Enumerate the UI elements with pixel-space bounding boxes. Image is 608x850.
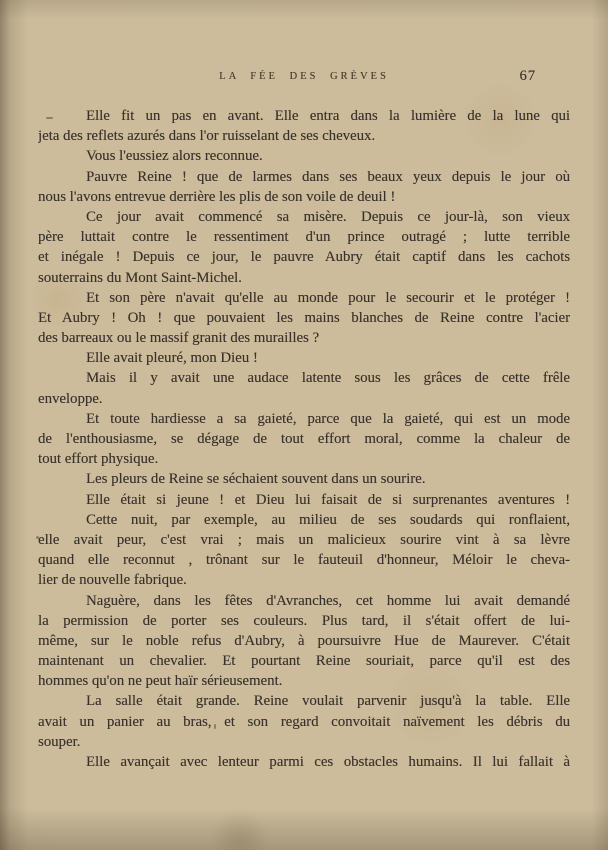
text-line: jeta des reflets azurés dans l'or ruisse… xyxy=(38,126,570,146)
text-line: hommes qu'on ne peut haïr sérieusement. xyxy=(38,671,570,691)
text-line: souper. xyxy=(38,732,570,752)
text-line: de l'enthousiasme, se dégage de tout eff… xyxy=(38,429,570,449)
text-line: des barreaux ou le massif granit des mur… xyxy=(38,328,570,348)
paragraph: Cette nuit, par exemple, au milieu de se… xyxy=(38,510,570,591)
paragraph: Les pleurs de Reine se séchaient souvent… xyxy=(38,469,570,489)
text-line: Et son père n'avait qu'elle au monde pou… xyxy=(38,288,570,308)
paragraph: Elle avait pleuré, mon Dieu ! xyxy=(38,348,570,368)
page-number: 67 xyxy=(520,68,537,85)
text-line: Elle fit un pas en avant. Elle entra dan… xyxy=(38,106,570,126)
paragraph: Elle fit un pas en avant. Elle entra dan… xyxy=(38,106,570,146)
ink-speck xyxy=(46,117,53,119)
text-line: Elle avançait avec lenteur parmi ces obs… xyxy=(38,752,570,772)
text-line: Mais il y avait une audace latente sous … xyxy=(38,368,570,388)
ink-speck xyxy=(36,536,39,539)
paragraph: La salle était grande. Reine voulait par… xyxy=(38,691,570,752)
paragraph: Pauvre Reine ! que de larmes dans ses be… xyxy=(38,167,570,207)
running-header-title: LA FÉE DES GRÈVES xyxy=(38,71,570,82)
book-page: LA FÉE DES GRÈVES 67 Elle fit un pas en … xyxy=(0,0,608,850)
paragraph: Elle était si jeune ! et Dieu lui faisai… xyxy=(38,490,570,510)
text-line: souterrains du Mont Saint-Michel. xyxy=(38,268,570,288)
text-line: La salle était grande. Reine voulait par… xyxy=(38,691,570,711)
text-line: quand elle reconnut , trônant sur le fau… xyxy=(38,550,570,570)
text-line: et inégale ! Depuis ce jour, le pauvre A… xyxy=(38,247,570,267)
text-line: enveloppe. xyxy=(38,389,570,409)
paragraph: Naguère, dans les fêtes d'Avranches, cet… xyxy=(38,591,570,692)
text-line: même, sur le noble refus d'Aubry, à pour… xyxy=(38,631,570,651)
text-line: Et Aubry ! Oh ! que pouvaient les mains … xyxy=(38,308,570,328)
text-line: la permission de porter ses couleurs. Pl… xyxy=(38,611,570,631)
text-line: Cette nuit, par exemple, au milieu de se… xyxy=(38,510,570,530)
text-line: Elle était si jeune ! et Dieu lui faisai… xyxy=(38,490,570,510)
text-line: Vous l'eussiez alors reconnue. xyxy=(38,146,570,166)
text-line: nous l'avons entrevue derrière les plis … xyxy=(38,187,570,207)
paragraph: Vous l'eussiez alors reconnue. xyxy=(38,146,570,166)
text-line: père luttait contre le ressentiment d'un… xyxy=(38,227,570,247)
text-line: Et toute hardiesse a sa gaieté, parce qu… xyxy=(38,409,570,429)
text-line: elle avait peur, c'est vrai ; mais un ma… xyxy=(38,530,570,550)
paragraph: Et toute hardiesse a sa gaieté, parce qu… xyxy=(38,409,570,470)
paragraph: Elle avançait avec lenteur parmi ces obs… xyxy=(38,752,570,772)
ink-speck xyxy=(214,724,216,729)
text-line: Naguère, dans les fêtes d'Avranches, cet… xyxy=(38,591,570,611)
text-line: Les pleurs de Reine se séchaient souvent… xyxy=(38,469,570,489)
text-line: Elle avait pleuré, mon Dieu ! xyxy=(38,348,570,368)
text-line: lier de nouvelle fabrique. xyxy=(38,570,570,590)
paragraph: Mais il y avait une audace latente sous … xyxy=(38,368,570,408)
text-line: maintenant un chevalier. Et pourtant Rei… xyxy=(38,651,570,671)
text-line: Ce jour avait commencé sa misère. Depuis… xyxy=(38,207,570,227)
text-line: avait un panier au bras, et son regard c… xyxy=(38,712,570,732)
text-block: Elle fit un pas en avant. Elle entra dan… xyxy=(38,106,570,772)
text-line: Pauvre Reine ! que de larmes dans ses be… xyxy=(38,167,570,187)
paragraph: Ce jour avait commencé sa misère. Depuis… xyxy=(38,207,570,288)
text-line: tout effort physique. xyxy=(38,449,570,469)
paragraph: Et son père n'avait qu'elle au monde pou… xyxy=(38,288,570,349)
